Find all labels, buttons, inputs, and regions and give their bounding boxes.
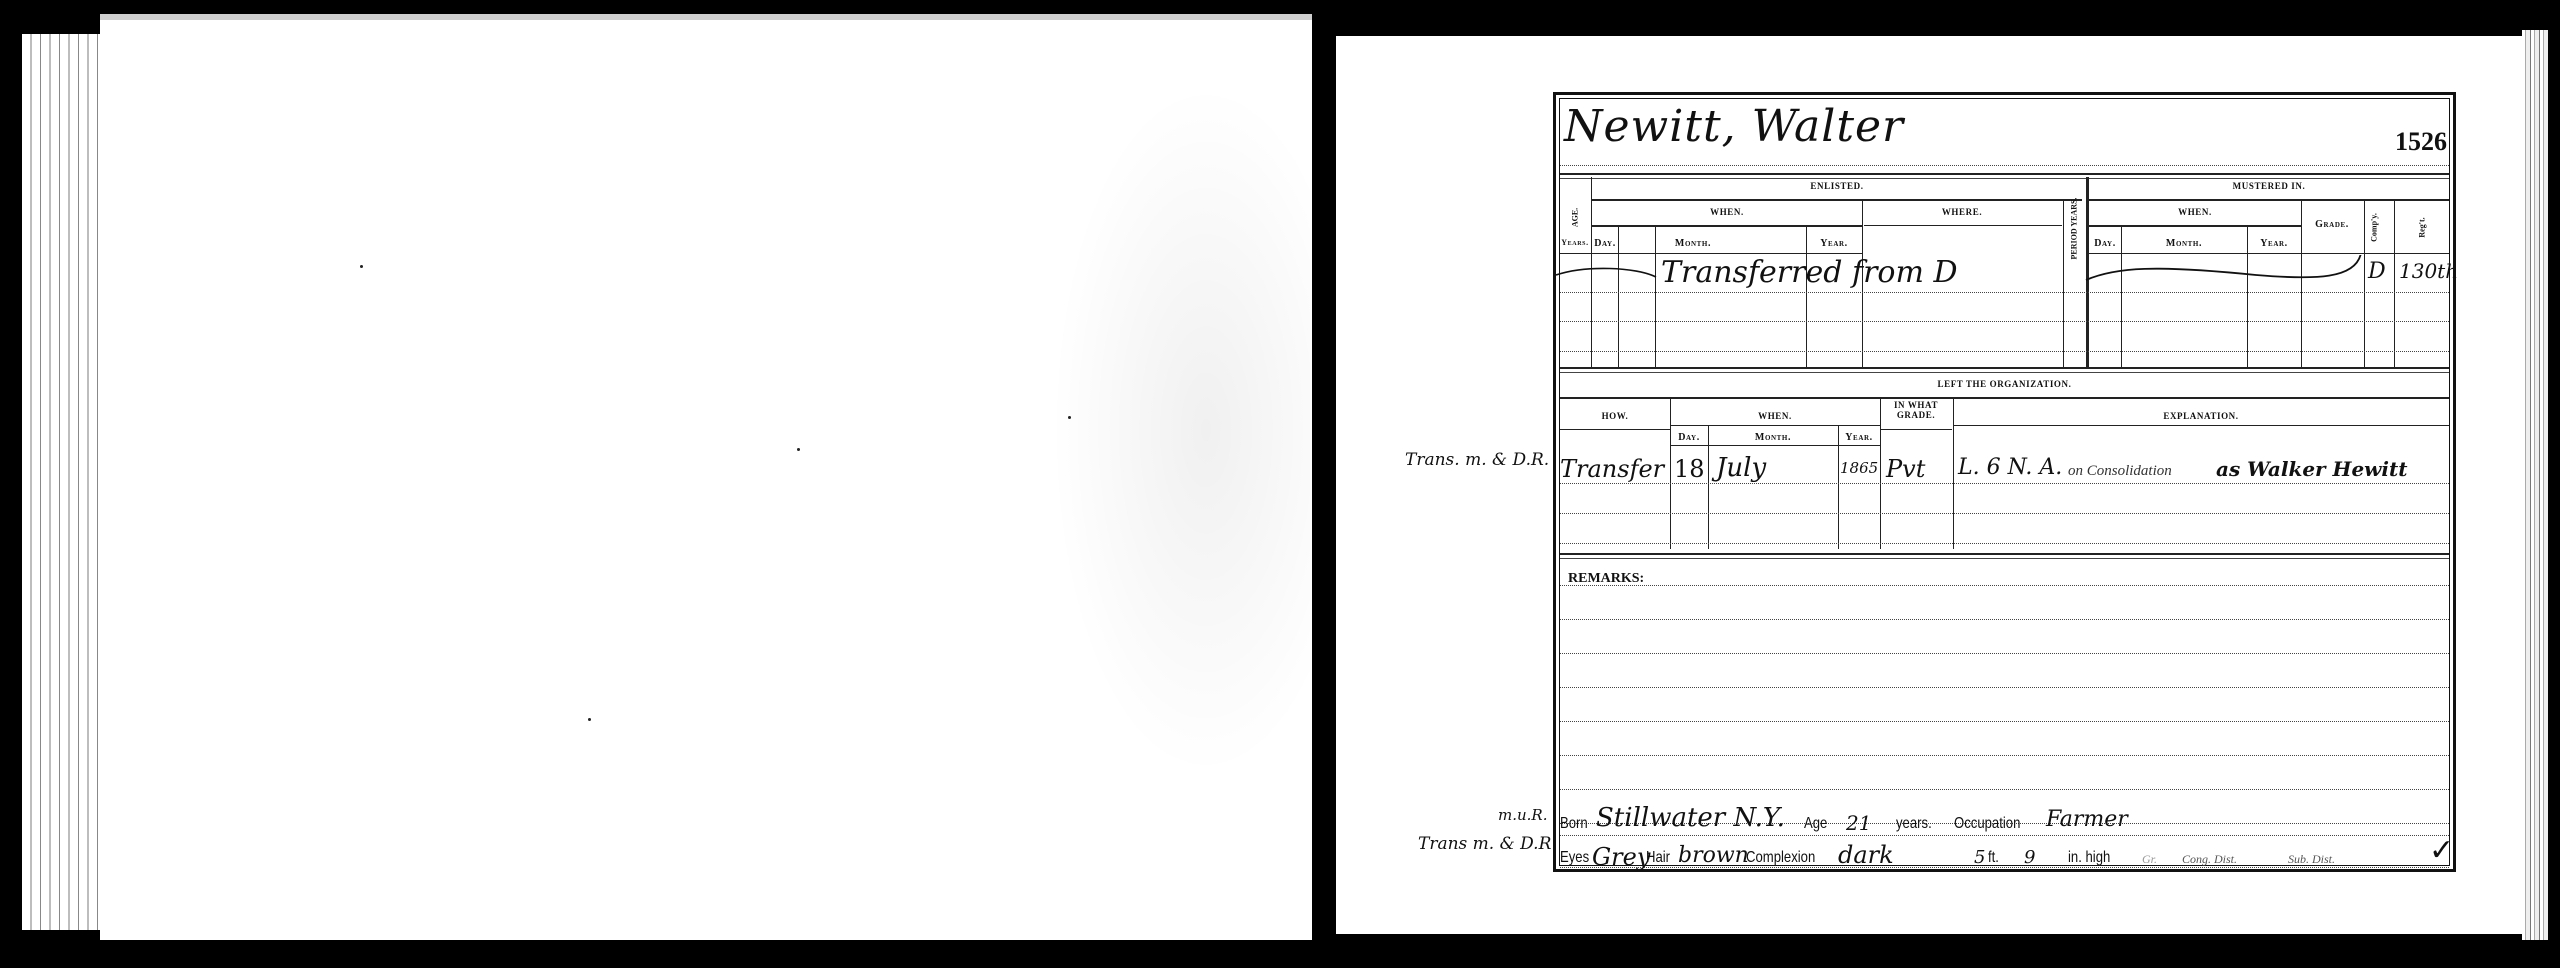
how-label: HOW. — [1560, 411, 1670, 421]
mustered-col-rule — [2089, 253, 2449, 254]
in-what-grade-label: IN WHAT GRADE. — [1880, 400, 1952, 420]
left-when-rule — [1670, 425, 1880, 426]
remarks-line — [1560, 619, 2449, 620]
remarks-line — [1560, 789, 2449, 790]
row-rule — [1560, 513, 2449, 514]
left-month-divider — [1838, 425, 1839, 549]
born-value: Stillwater N.Y. — [1596, 803, 1785, 833]
mustered-regiment: 130th — [2399, 259, 2458, 283]
col-years: Years. — [1558, 238, 1592, 247]
remarks-line — [1560, 585, 2449, 586]
left-blank-page — [100, 14, 1312, 940]
remarks-line — [1560, 653, 2449, 654]
enlisted-where-label: WHERE. — [1862, 207, 2062, 217]
sub-dist-stamp: Sub. Dist. — [2288, 852, 2335, 867]
col-month: Month. — [1618, 238, 1768, 249]
occupation-label: Occupation — [1954, 815, 2020, 833]
gr-stamp: Gr. — [2142, 852, 2157, 867]
left-when-label: WHEN. — [1670, 411, 1880, 421]
enlisted-entry: Transferred from D — [1661, 255, 1958, 290]
left-col-rule — [1670, 445, 1880, 446]
row-rule — [1560, 483, 2449, 484]
company-label: Comp'y. — [2370, 208, 2379, 248]
margin-note-born-2: Trans m. & D.R. — [1418, 834, 1557, 854]
left-col-year: Year. — [1838, 432, 1880, 443]
col-year: Year. — [1806, 238, 1862, 249]
service-record-card: Newitt, Walter 1526 AGE. ENLISTED. WHEN.… — [1553, 92, 2456, 872]
left-day-divider — [1708, 425, 1709, 549]
enlisted-col-rule — [1560, 253, 1862, 254]
explanation-label: EXPLANATION. — [1953, 411, 2449, 421]
eyes-label: Eyes — [1560, 849, 1589, 867]
soldier-name: Newitt, Walter — [1564, 101, 1904, 152]
page-shadow — [1050, 80, 1310, 780]
age-label: AGE. — [1571, 203, 1580, 233]
remarks-line — [1560, 687, 2449, 688]
cong-dist-stamp: Cong. Dist. — [2182, 852, 2237, 867]
row-rule — [1560, 321, 2449, 322]
mustered-company: D — [2368, 259, 2386, 284]
speck — [1068, 416, 1071, 419]
left-day: 18 — [1674, 455, 1705, 483]
card-number: 1526 — [2395, 127, 2447, 157]
left-grade: Pvt — [1886, 455, 1925, 483]
book-spine — [1312, 36, 1336, 936]
age-value: 21 — [1846, 811, 1871, 835]
explanation-prefix: L. 6 N. A. — [1958, 455, 2062, 480]
page-stack-edge — [22, 34, 102, 930]
enlisted-title: ENLISTED. — [1592, 181, 2082, 191]
name-underline — [1560, 165, 2449, 166]
check-mark-icon: ✓ — [2429, 833, 2454, 868]
left-col-month: Month. — [1708, 432, 1838, 443]
height-in-value: 9 — [2024, 847, 2035, 868]
left-org-title-rule — [1560, 397, 2449, 399]
complexion-label: Complexion — [1746, 849, 1815, 867]
section-divider — [1560, 553, 2449, 559]
speck — [360, 265, 363, 268]
mustered-title-rule — [2089, 199, 2449, 201]
remarks-line — [1560, 755, 2449, 756]
speck — [797, 448, 800, 451]
section-divider — [1560, 367, 2449, 373]
age-label-desc: Age — [1804, 815, 1827, 833]
row-rule — [1560, 543, 2449, 544]
margin-note-born-1: m.u.R. — [1498, 806, 1547, 824]
where-rule — [1864, 225, 2062, 226]
row-rule — [1560, 351, 2449, 352]
hair-label: Hair — [1646, 849, 1670, 867]
occupation-value: Farmer — [2046, 807, 2128, 832]
enlisted-title-rule — [1592, 199, 2082, 201]
eyes-line — [1560, 867, 2449, 868]
margin-note-left-org: Trans. m. & D.R. — [1405, 450, 1549, 470]
explanation-suffix: as Walker Hewitt — [2216, 457, 2407, 481]
regiment-label: Reg't. — [2418, 208, 2427, 248]
left-org-title: LEFT THE ORGANIZATION. — [1560, 379, 2449, 389]
explanation-rule — [1953, 425, 2449, 426]
left-month: July — [1716, 453, 1766, 483]
enlisted-when-label: WHEN. — [1592, 207, 1862, 217]
name-divider — [1560, 173, 2449, 179]
speck — [588, 718, 591, 721]
grade2-rule — [1880, 429, 1952, 430]
right-page-edge — [2522, 30, 2548, 940]
explanation-printed: on Consolidation — [2068, 463, 2172, 480]
born-line — [1560, 835, 2449, 836]
how-rule — [1560, 429, 1670, 430]
mustered-grade-label: Grade. — [2301, 219, 2363, 230]
col-day: Day. — [1592, 238, 1618, 249]
mustered-when-label: WHEN. — [2089, 207, 2301, 217]
left-year: 1865 — [1840, 459, 1878, 477]
m-col-year: Year. — [2247, 238, 2301, 249]
ft-label: ft. — [1988, 849, 1999, 867]
left-col-day: Day. — [1670, 432, 1708, 443]
height-ft-value: 5 — [1974, 847, 1985, 868]
m-col-day: Day. — [2089, 238, 2121, 249]
mustered-title: MUSTERED IN. — [2089, 181, 2449, 191]
remarks-line — [1560, 721, 2449, 722]
in-high-label: in. high — [2068, 849, 2110, 867]
enlisted-when-rule — [1592, 225, 1862, 227]
m-col-month: Month. — [2121, 238, 2247, 249]
born-label: Born — [1560, 815, 1588, 833]
period-years-label: PERIOD YEARS. — [2070, 220, 2079, 260]
hair-value: brown — [1678, 843, 1749, 868]
left-how: Transfer — [1560, 455, 1664, 483]
complexion-value: dark — [1838, 841, 1894, 869]
years-label: years. — [1896, 815, 1932, 833]
